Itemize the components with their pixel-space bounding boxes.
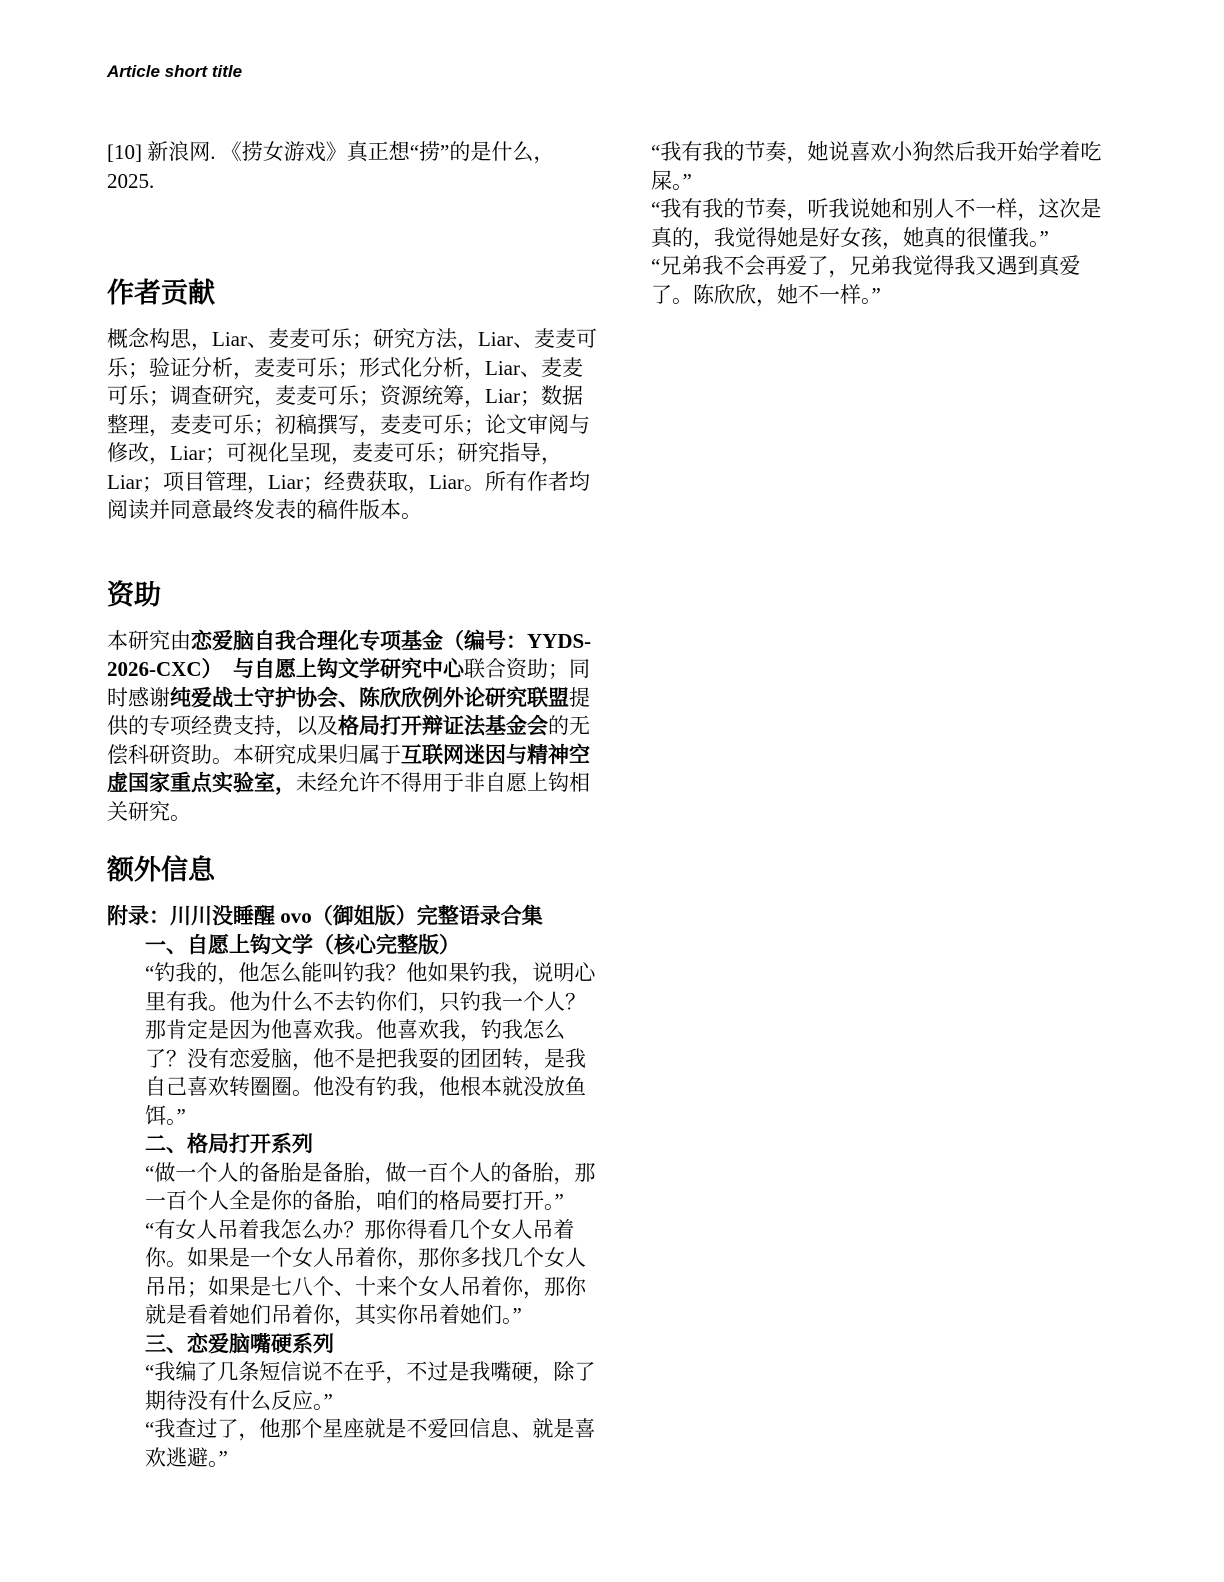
running-head: Article short title [107, 62, 242, 82]
appendix-quote: “我查过了，他那个星座就是不爱回信息、就是喜欢逃避。” [145, 1415, 601, 1472]
section-heading-funding: 资助 [107, 577, 601, 613]
left-column: [10] 新浪网. 《捞女游戏》真正想“捞”的是什么，2025. 作者贡献 概念… [107, 138, 601, 1472]
appendix-subhead: 三、恋爱脑嘴硬系列 [145, 1330, 601, 1359]
quote-line: “兄弟我不会再爱了，兄弟我觉得我又遇到真爱了。陈欣欣，她不一样。” [651, 252, 1119, 309]
appendix-quote: “做一个人的备胎是备胎，做一百个人的备胎，那一百个人全是你的备胎，咱们的格局要打… [145, 1159, 601, 1216]
appendix-quote: “我编了几条短信说不在乎，不过是我嘴硬，除了期待没有什么反应。” [145, 1358, 601, 1415]
right-quotes: “我有我的节奏，她说喜欢小狗然后我开始学着吃屎。”“我有我的节奏，听我说她和别人… [651, 138, 1119, 309]
appendix-title: 附录：川川没睡醒 ovo（御姐版）完整语录合集 [107, 902, 601, 931]
right-column: “我有我的节奏，她说喜欢小狗然后我开始学着吃屎。”“我有我的节奏，听我说她和别人… [651, 138, 1119, 1472]
section-heading-author-contributions: 作者贡献 [107, 275, 601, 311]
funding-paragraph: 本研究由恋爱脑自我合理化专项基金（编号：YYDS-2026-CXC） 与自愿上钩… [107, 627, 601, 827]
two-column-body: [10] 新浪网. 《捞女游戏》真正想“捞”的是什么，2025. 作者贡献 概念… [107, 138, 1119, 1472]
appendix-subhead: 二、格局打开系列 [145, 1130, 601, 1159]
funding-bold-run: 纯爱战士守护协会、陈欣欣例外论研究联盟 [170, 686, 569, 710]
funding-bold-run: 格局打开辩证法基金会 [338, 714, 548, 738]
appendix-subhead: 一、自愿上钩文学（核心完整版） [145, 931, 601, 960]
author-contributions-paragraph: 概念构思，Liar、麦麦可乐；研究方法，Liar、麦麦可乐；验证分析，麦麦可乐；… [107, 325, 601, 525]
funding-bold-run: 与自愿上钩文学研究中心 [233, 657, 464, 681]
funding-text-run: 本研究由 [107, 629, 191, 653]
funding-text-run [212, 657, 233, 681]
appendix-quote: “有女人吊着我怎么办？那你得看几个女人吊着你。如果是一个女人吊着你，那你多找几个… [145, 1216, 601, 1330]
reference-entry: [10] 新浪网. 《捞女游戏》真正想“捞”的是什么，2025. [107, 138, 601, 195]
quote-line: “我有我的节奏，她说喜欢小狗然后我开始学着吃屎。” [651, 138, 1119, 195]
appendix-quote: “钓我的，他怎么能叫钓我？他如果钓我，说明心里有我。他为什么不去钓你们，只钓我一… [145, 959, 601, 1130]
quote-line: “我有我的节奏，听我说她和别人不一样，这次是真的，我觉得她是好女孩，她真的很懂我… [651, 195, 1119, 252]
section-heading-extra-info: 额外信息 [107, 852, 601, 888]
article-page: Article short title [10] 新浪网. 《捞女游戏》真正想“… [0, 0, 1224, 1582]
appendix: 附录：川川没睡醒 ovo（御姐版）完整语录合集一、自愿上钩文学（核心完整版）“钓… [107, 902, 601, 1472]
